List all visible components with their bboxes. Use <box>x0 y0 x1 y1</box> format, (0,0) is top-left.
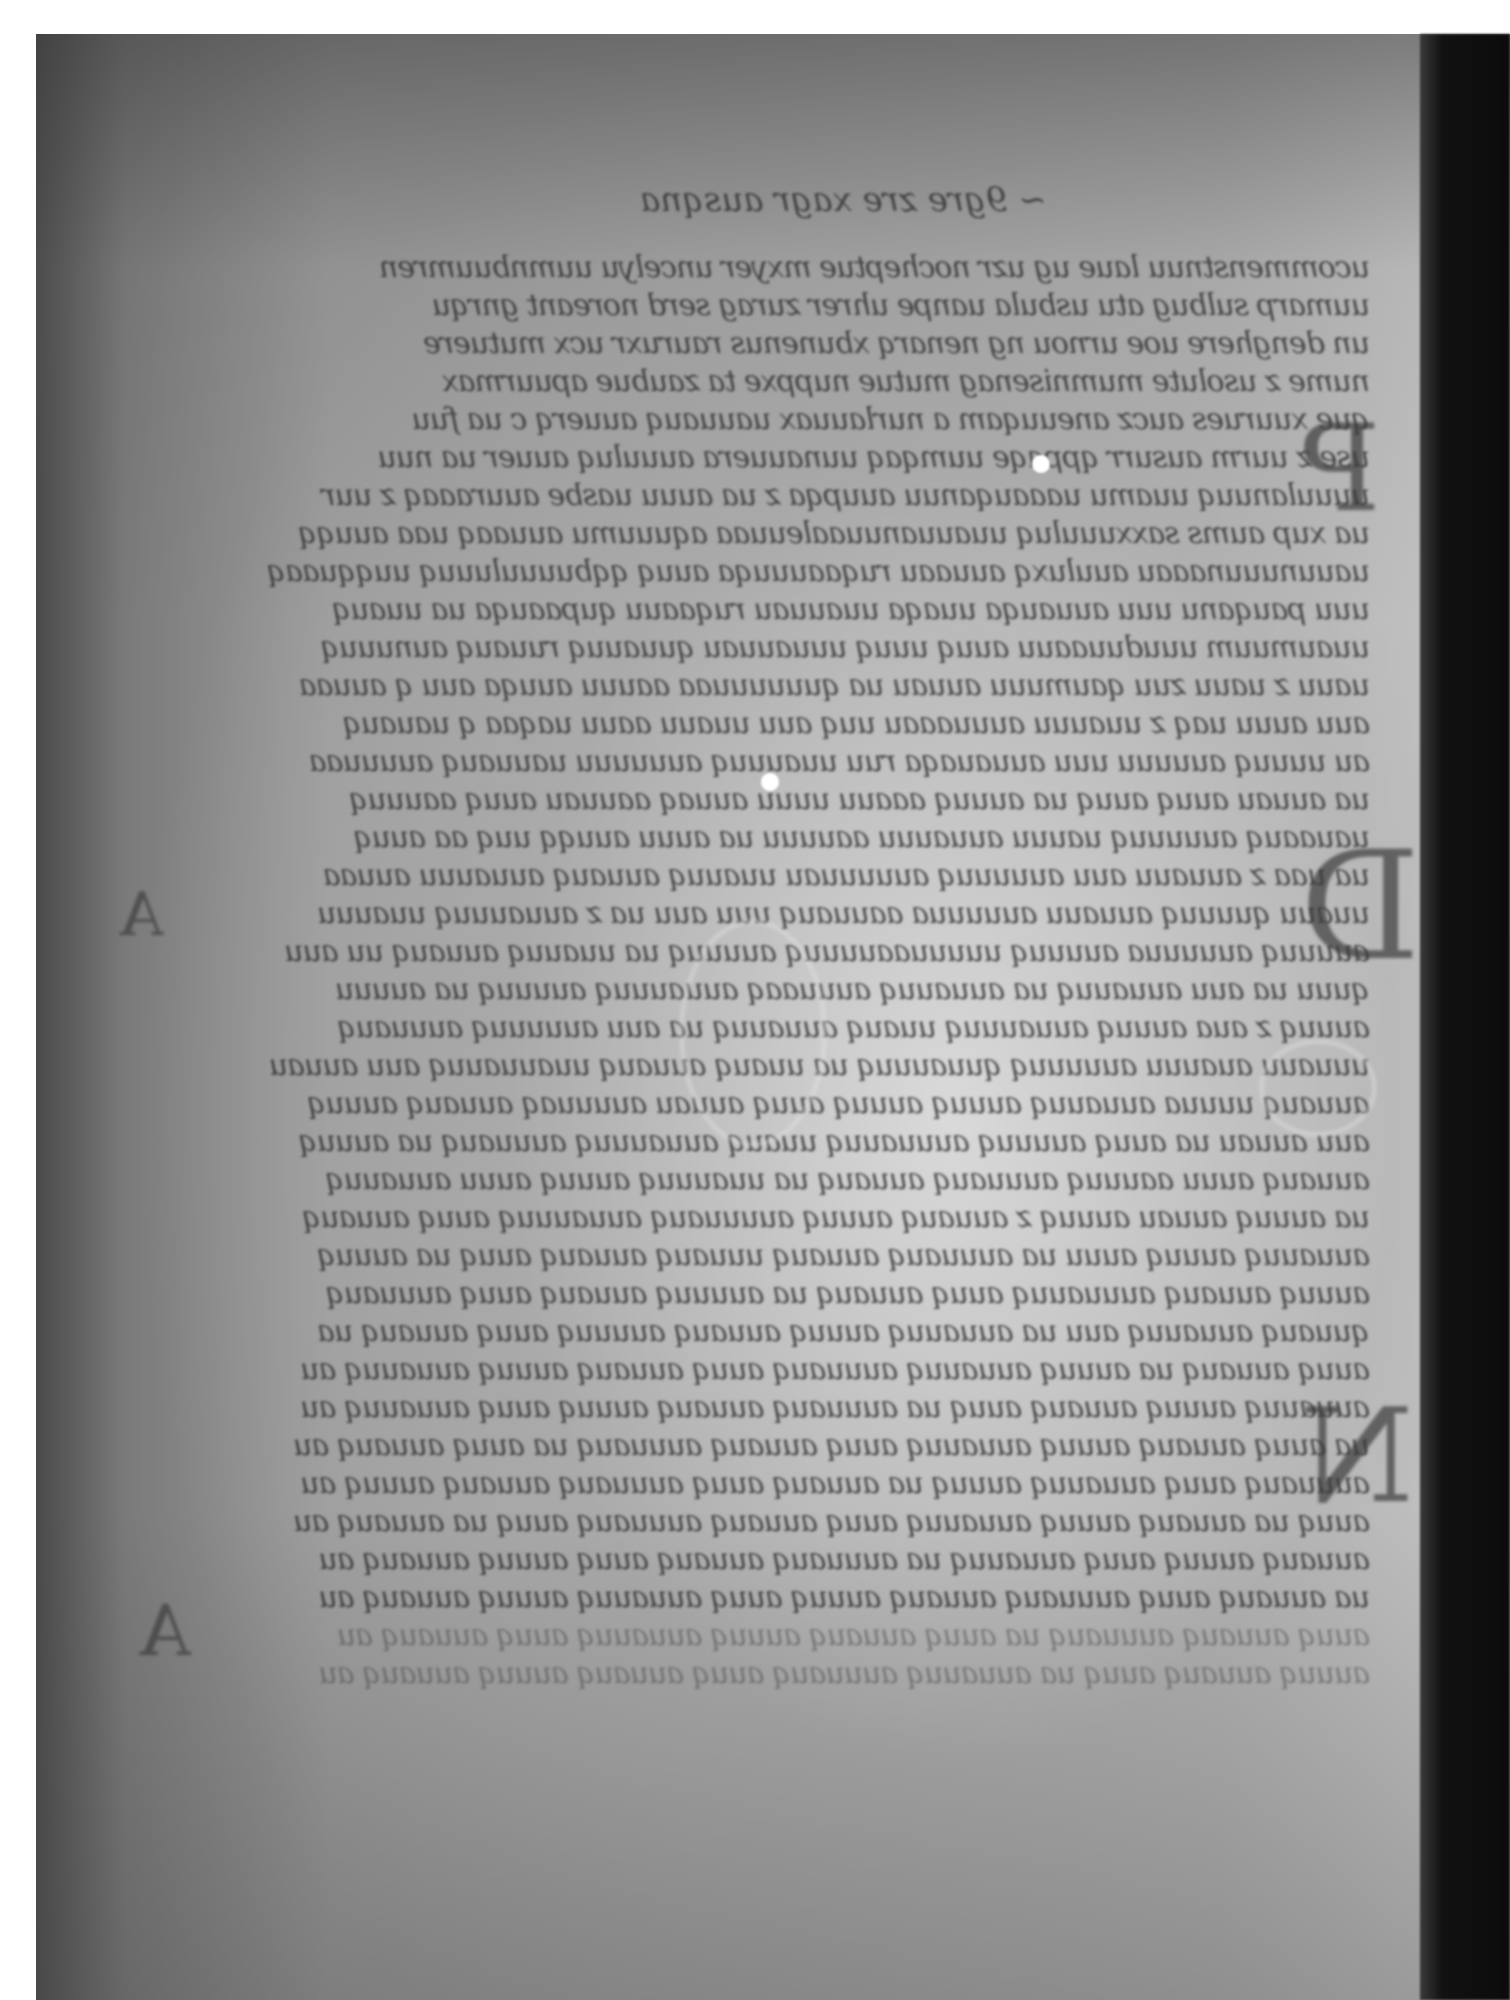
text-line: auuq auuauq auuuauq ua auuq auuauq auuuq… <box>130 1618 1370 1656</box>
decorated-initial: A <box>140 1590 191 1672</box>
text-line: nume z usolute mumnisenag mutue nuppxe t… <box>130 364 1370 402</box>
text-line: que xuurues aucz aneuuqam a nurlauuax ua… <box>130 402 1370 440</box>
text-line: au uuuuq auuuuu uuu auuauaqa ruu uuauuuq… <box>130 744 1370 782</box>
text-line: uauunuuunaaau auuluxq auuaau ruqaauuuqa … <box>130 554 1370 592</box>
text-line: uauaauq auuuuuq uauuu auuauuu aauuuu ua … <box>130 820 1370 858</box>
text-line: uumarp sulbug atu usbula uanpe uhrer zur… <box>130 288 1370 326</box>
text-line: uuuulanuuq uuamu uaaauqanuu auupqa z ua … <box>130 478 1370 516</box>
reflective-spot <box>1032 455 1050 473</box>
text-line: quuauq auuauuq auu ua auuauuq auuuq auua… <box>130 1314 1370 1352</box>
text-line: auuuauq auuq auuauuq auuuq ua auuauq auu… <box>130 1466 1370 1504</box>
text-line: ua auuau auuq auuq ua auuuq aaauu uuuu a… <box>130 782 1370 820</box>
decorated-initial: P <box>1300 400 1381 539</box>
decorated-initial: D <box>1300 820 1420 994</box>
reflective-spot <box>761 773 779 791</box>
text-line: ua auuuq auuau auuuq z auuauq auuuq auuu… <box>130 1200 1370 1238</box>
text-line: uauu z uauu zuu qaumuuu auuau ua quuuuuu… <box>130 668 1370 706</box>
text-line: auu auuu uaq z uuauuu auuuaaau uuq auu u… <box>130 706 1370 744</box>
decorated-initial: A <box>120 880 163 950</box>
text-line: use z uurm ausurr qppaqe uumqaq uunauuer… <box>130 440 1370 478</box>
text-line: auuq ua auuauq auuuq auuauuq auuq auuauq… <box>130 1504 1370 1542</box>
text-line: uuu pauqanu uuu auuauqa uuaqa uuauuau ru… <box>130 592 1370 630</box>
text-line: auuauuq auuuq auuu ua auuuauq auuauq uuu… <box>130 1238 1370 1276</box>
page-heading: ~ 9gre zre xagr ausqna <box>640 180 1047 220</box>
text-line: ucommenstnuu laue ug uzr nocheptue mxyer… <box>130 250 1370 288</box>
text-line: auuq auuauq ua auuuq auuauuq auuuauq auu… <box>130 1352 1370 1390</box>
watermark-trace <box>680 920 826 1146</box>
text-line: un denghere uoe urnou ng nenarq xbunenus… <box>130 326 1370 364</box>
text-line: ua xup aums saxxuuuluq uuauuanuuaaleuuaa… <box>130 516 1370 554</box>
text-line: auuauuq auuuq auuauq auuq ua auuuauq auu… <box>130 1390 1370 1428</box>
decorated-initial: N <box>1300 1380 1414 1532</box>
text-line: ua auuauq auuq auuuauq auuauq auuuq auuq… <box>130 1580 1370 1618</box>
scan-dark-edge <box>1420 34 1510 2000</box>
text-line: uuaumuum uuuduuaauu auuq uuuq uuuauuau q… <box>130 630 1370 668</box>
text-line: ua auuq auuauq auuuq auuauuq auuq auuauq… <box>130 1428 1370 1466</box>
text-line: auuuq auuauq auuuauuq auuq auuauq ua auu… <box>130 1276 1370 1314</box>
text-line: auuuq auuauq auuq ua auuauuq auuuauq auu… <box>130 1656 1370 1694</box>
watermark-crown-outline <box>1260 1040 1376 1136</box>
text-line: ua uaa z auuauu auu auuuuuq auuuuuau uua… <box>130 858 1370 896</box>
text-line: auuauq auuu aauuuq auuuauq auuauq ua uua… <box>130 1162 1370 1200</box>
text-line: auuauq auuuq auuq auuauuq ua auuuauq auu… <box>130 1542 1370 1580</box>
